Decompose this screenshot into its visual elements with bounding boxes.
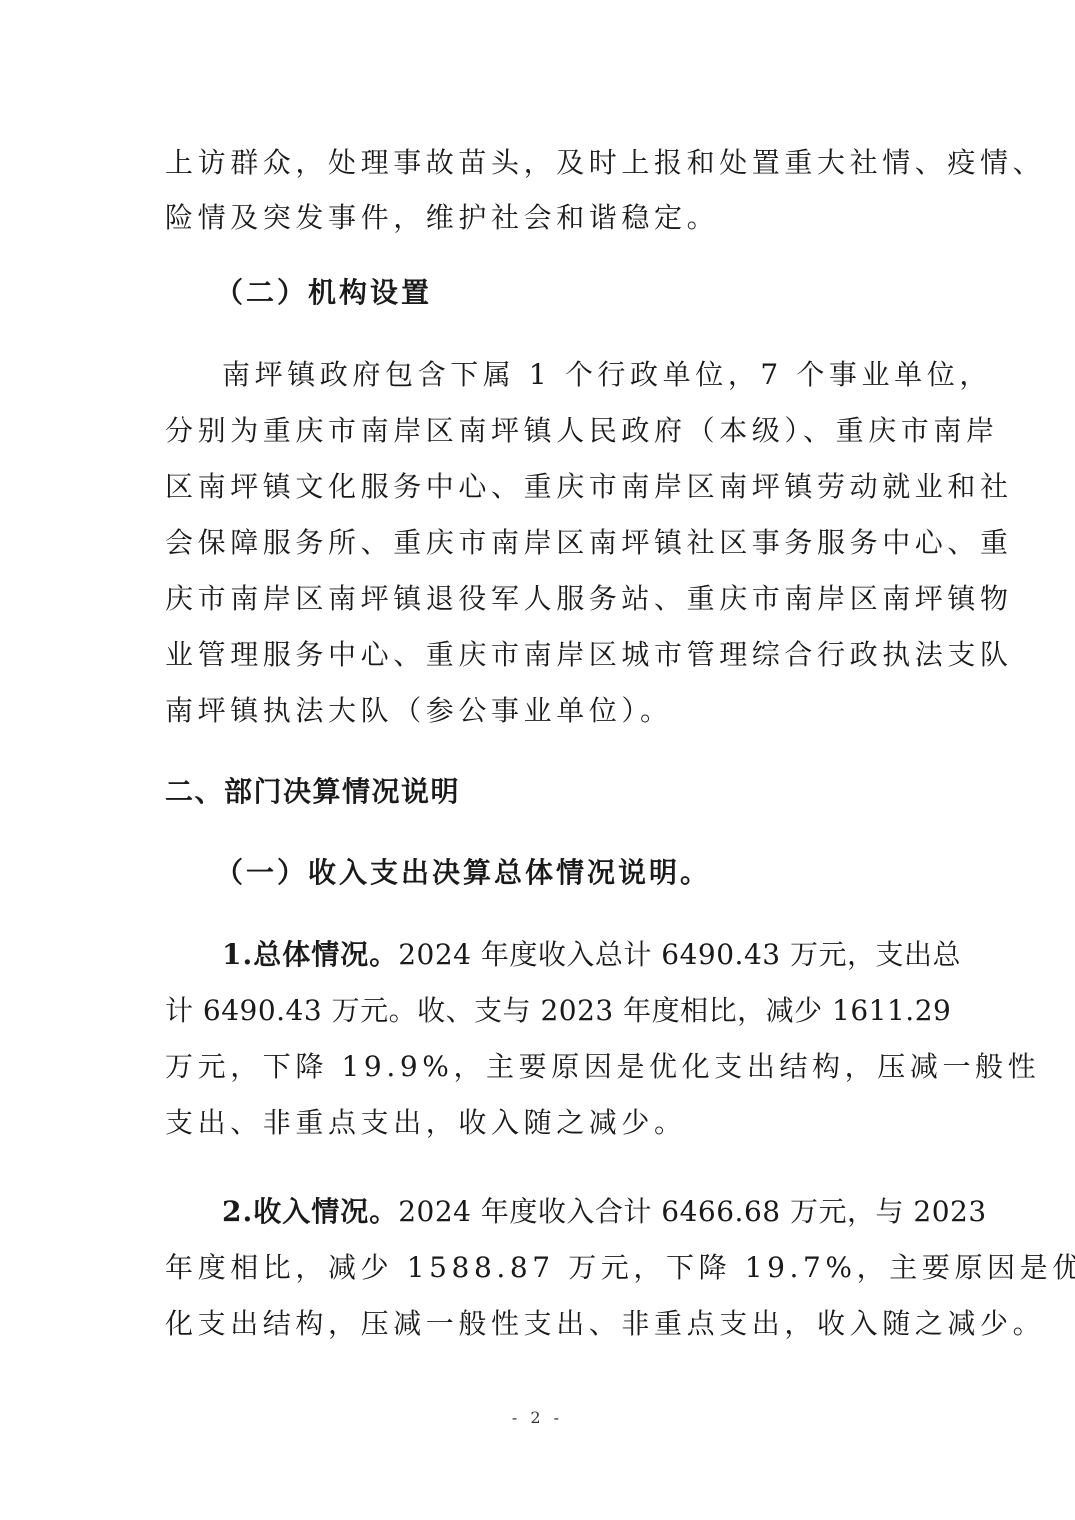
- document-page: 上访群众，处理事故苗头，及时上报和处置重大社情、疫情、 险情及突发事件，维护社会…: [0, 0, 1075, 1520]
- paragraph-first-line: 1.总体情况。2024 年度收入总计 6490.43 万元，支出总: [222, 935, 961, 975]
- body-text-line: 年度相比，减少 1588.87 万元，下降 19.7%，主要原因是优: [165, 1248, 1075, 1288]
- body-text-line: 南坪镇执法大队（参公事业单位）。: [165, 691, 673, 731]
- body-text-line: 上访群众，处理事故苗头，及时上报和处置重大社情、疫情、: [165, 143, 1045, 183]
- paragraph-lead: 2.收入情况。: [222, 1195, 398, 1228]
- body-text-line: 会保障服务所、重庆市南岸区南坪镇社区事务服务中心、重: [165, 523, 1013, 563]
- body-text-line: 化支出结构，压减一般性支出、非重点支出，收入随之减少。: [165, 1304, 1045, 1344]
- body-text-line: 计 6490.43 万元。收、支与 2023 年度相比，减少 1611.29: [165, 991, 951, 1031]
- page-number: - 2 -: [0, 1408, 1075, 1427]
- paragraph-first-line: 2.收入情况。2024 年度收入合计 6466.68 万元，与 2023: [222, 1192, 987, 1232]
- subsection-heading: （二）机构设置: [215, 273, 432, 313]
- section-heading: 二、部门决算情况说明: [165, 772, 460, 812]
- body-text-line: 险情及突发事件，维护社会和谐稳定。: [165, 198, 719, 238]
- body-text-line: 南坪镇政府包含下属 1 个行政单位，7 个事业单位，: [222, 355, 992, 395]
- paragraph-text: 2024 年度收入总计 6490.43 万元，支出总: [398, 938, 961, 971]
- body-text-line: 分别为重庆市南岸区南坪镇人民政府（本级）、重庆市南岸: [165, 411, 999, 451]
- body-text-line: 庆市南岸区南坪镇退役军人服务站、重庆市南岸区南坪镇物: [165, 579, 1013, 619]
- body-text-line: 业管理服务中心、重庆市南岸区城市管理综合行政执法支队: [165, 635, 1013, 675]
- paragraph-text: 2024 年度收入合计 6466.68 万元，与 2023: [398, 1195, 986, 1228]
- paragraph-lead: 1.总体情况。: [222, 938, 398, 971]
- body-text-line: 万元，下降 19.9%，主要原因是优化支出结构，压减一般性: [165, 1047, 1040, 1087]
- body-text-line: 区南坪镇文化服务中心、重庆市南岸区南坪镇劳动就业和社: [165, 467, 1013, 507]
- body-text-line: 支出、非重点支出，收入随之减少。: [165, 1103, 687, 1143]
- subsection-heading: （一）收入支出决算总体情况说明。: [215, 853, 711, 893]
